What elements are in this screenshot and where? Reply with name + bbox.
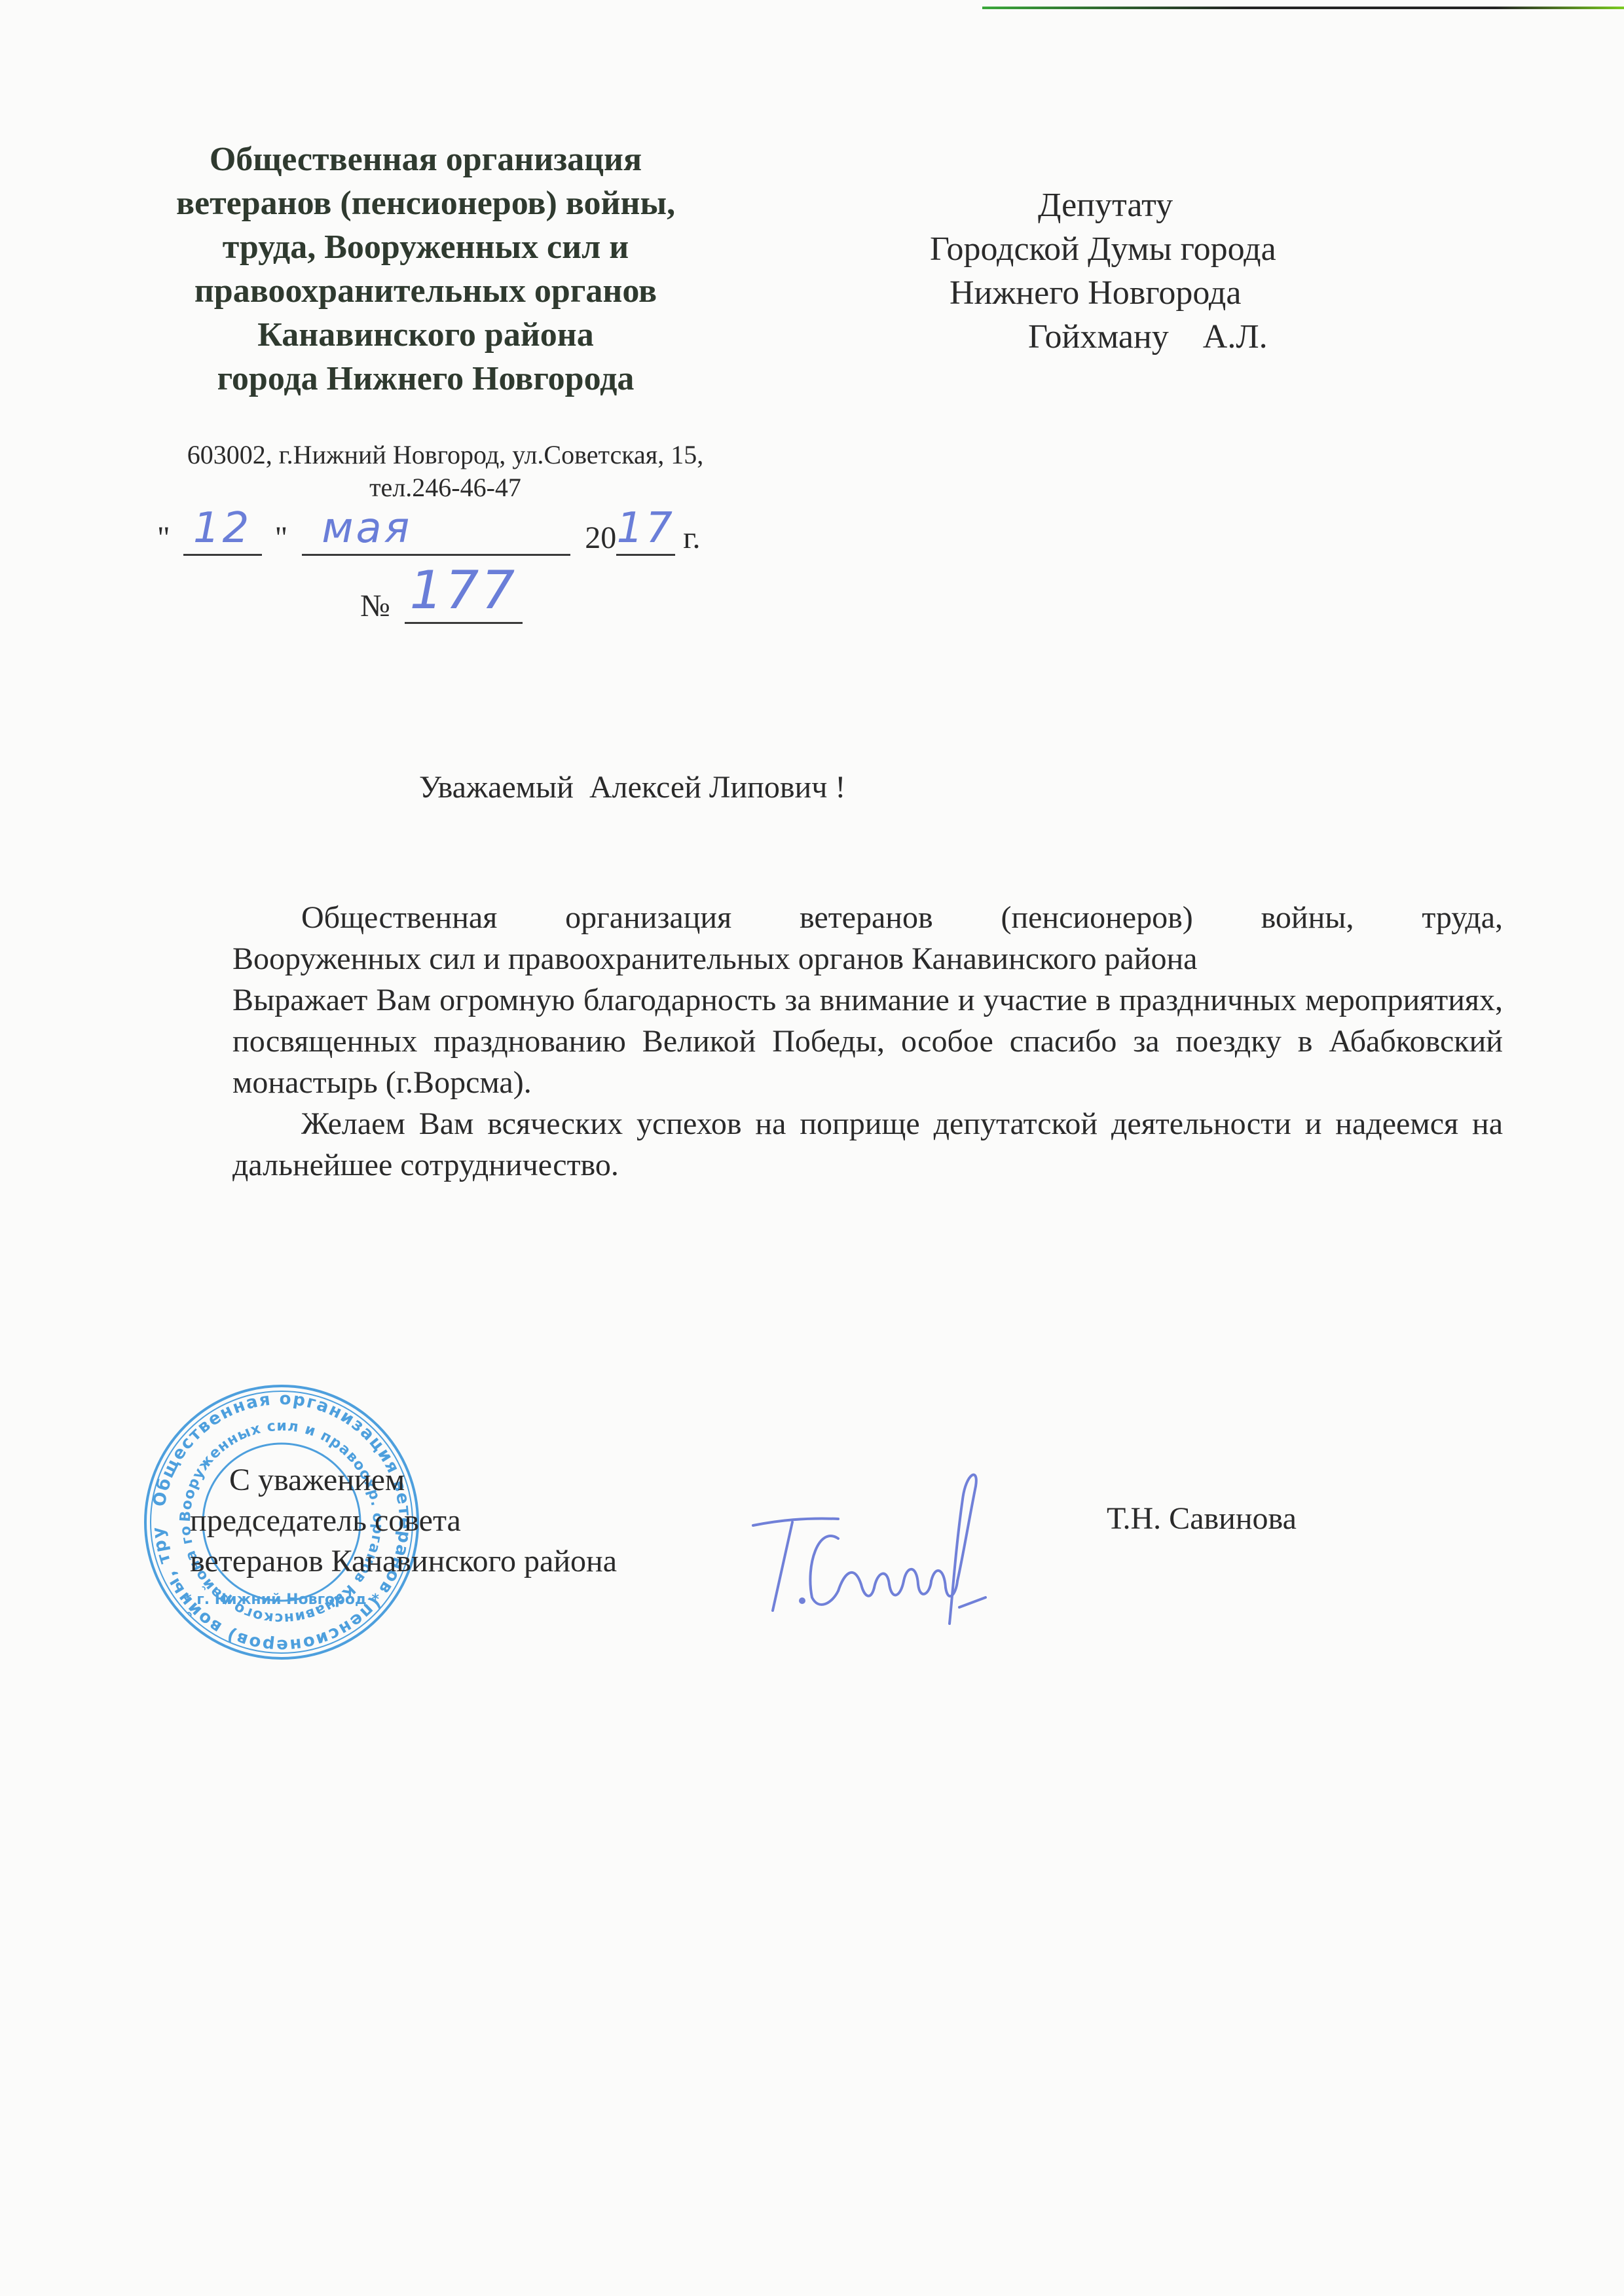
- addressee-line: Нижнего Новгорода: [904, 271, 1362, 315]
- addressee-line: Городской Думы города: [904, 227, 1362, 271]
- letter-body: Общественная организация ветеранов (пенс…: [232, 897, 1503, 1186]
- organization-letterhead: Общественная организация ветеранов (пенс…: [131, 137, 720, 401]
- date-line: " 12 " мая 20 17 г.: [157, 517, 700, 556]
- signer-title-line: председатель совета: [190, 1501, 617, 1541]
- org-line: труда, Вооруженных сил и: [131, 225, 720, 269]
- address-line: 603002, г.Нижний Новгород, ул.Советская,…: [118, 439, 773, 471]
- handwritten-year: 17: [616, 504, 675, 553]
- year-mark: г.: [683, 520, 700, 555]
- reference-number-field: 177: [405, 576, 523, 624]
- reference-number-line: № 177: [360, 576, 523, 624]
- addressee-name: Гойхману А.Л.: [904, 315, 1362, 359]
- phone-line: тел.246-46-47: [118, 471, 773, 504]
- scan-edge-line: [982, 7, 1624, 9]
- handwritten-day: 12: [183, 504, 262, 553]
- org-line: правоохранительных органов: [131, 269, 720, 313]
- org-line: Канавинского района: [131, 313, 720, 357]
- closing-regards: С уважением: [190, 1460, 617, 1501]
- handwritten-month: мая: [302, 504, 570, 553]
- quote-close: ": [275, 520, 288, 555]
- org-line: Общественная организация: [131, 137, 720, 181]
- number-sign: №: [360, 589, 390, 623]
- quote-open: ": [157, 520, 170, 555]
- date-year-field: 17: [616, 517, 675, 556]
- closing-block: С уважением председатель совета ветерано…: [190, 1460, 617, 1582]
- handwritten-signature: [740, 1460, 1146, 1630]
- addressee-block: Депутату Городской Думы города Нижнего Н…: [904, 183, 1362, 359]
- body-paragraph-1-line-1: Общественная организация ветеранов (пенс…: [232, 897, 1503, 938]
- signer-name: Т.Н. Савинова: [1107, 1501, 1297, 1537]
- svg-text:* г. Нижний Новгород *: * г. Нижний Новгород *: [184, 1592, 379, 1608]
- body-paragraph-2: Желаем Вам всяческих успехов на поприще …: [232, 1103, 1503, 1186]
- date-day-field: 12: [183, 517, 262, 556]
- date-month-field: мая: [302, 517, 570, 556]
- salutation: Уважаемый Алексей Липович !: [419, 769, 845, 805]
- org-address: 603002, г.Нижний Новгород, ул.Советская,…: [118, 439, 773, 504]
- year-prefix: 20: [585, 520, 616, 555]
- body-paragraph-1-line-2: Вооруженных сил и правоохранительных орг…: [232, 938, 1503, 979]
- org-line: ветеранов (пенсионеров) войны,: [131, 181, 720, 225]
- signer-title-line: ветеранов Канавинского района: [190, 1541, 617, 1582]
- org-line: города Нижнего Новгорода: [131, 357, 720, 401]
- handwritten-number: 177: [405, 560, 523, 621]
- addressee-title: Депутату: [904, 183, 1362, 227]
- body-paragraph-1-rest: Выражает Вам огромную благодарность за в…: [232, 979, 1503, 1103]
